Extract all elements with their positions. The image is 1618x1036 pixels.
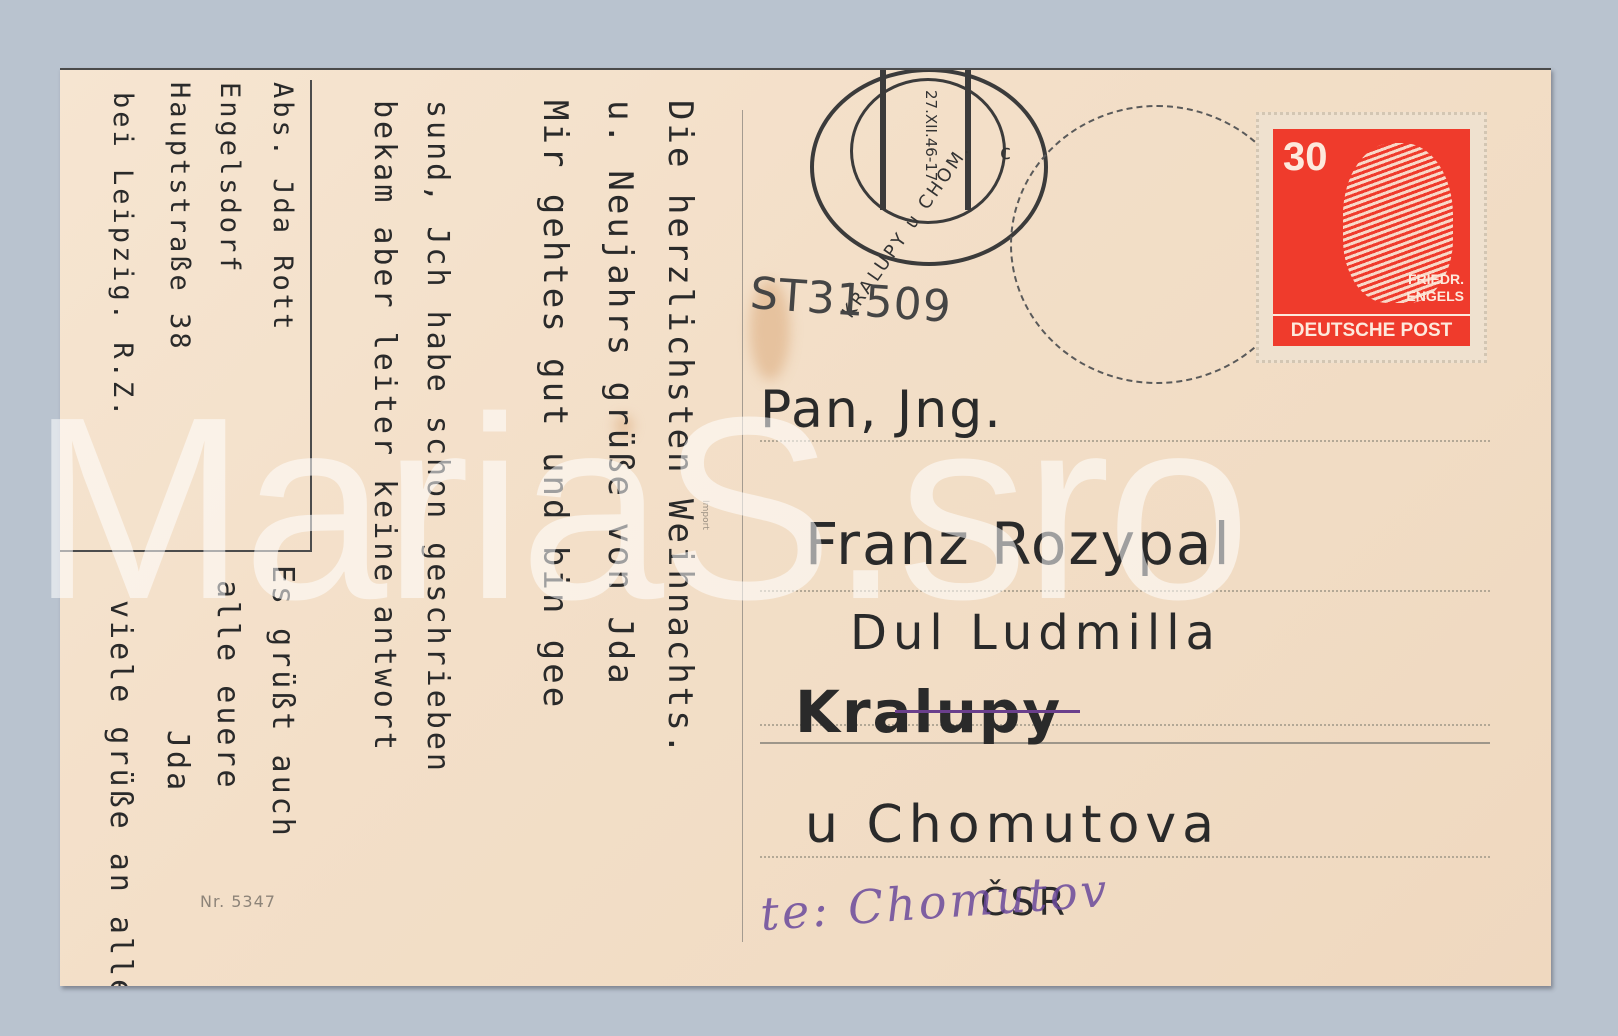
message-line: alle euere	[210, 580, 245, 791]
sender-line: Abs. Jda Rott	[267, 82, 298, 332]
stamp-country: DEUTSCHE POST	[1273, 314, 1470, 346]
message-line: u. Neujahrs grüße von Jda	[600, 100, 640, 687]
sender-line: Engelsdorf	[214, 82, 245, 275]
message-line: Mir gehtes gut und bin gee	[535, 100, 575, 710]
message-line: Es grüßt auch	[265, 565, 300, 839]
recipient-street: Dul Ludmilla	[850, 605, 1221, 661]
stamp-value: 30	[1283, 135, 1328, 180]
forwarding-note: te: Chomutov	[759, 863, 1112, 941]
postcard: Abs. Jda Rott Engelsdorf Hauptstraße 38 …	[60, 68, 1551, 986]
sender-line: bei Leipzig. R.Z.	[107, 92, 138, 419]
center-divider	[742, 110, 743, 942]
sender-line: Hauptstraße 38	[164, 82, 195, 352]
recipient-title: Pan, Jng.	[760, 380, 1003, 440]
import-label: Import	[700, 500, 710, 530]
message-line: bekam aber leiter keine antwort	[367, 100, 402, 753]
postage-stamp: 30 FRIEDR. ENGELS DEUTSCHE POST	[1256, 112, 1487, 363]
recipient-name: Franz Rozypal	[805, 510, 1232, 578]
strikethrough	[895, 710, 1080, 713]
address-line	[760, 440, 1490, 442]
message-line: Die herzlichsten Weihnachts.	[660, 100, 700, 757]
postmark-series: c	[1000, 140, 1011, 164]
recipient-city-note: u Chomutova	[805, 795, 1220, 855]
message-line: viele grüße an alle	[103, 600, 138, 986]
message-signature: Jda	[160, 730, 195, 793]
address-line	[760, 590, 1490, 592]
publisher-mark: Nr. 5347	[200, 892, 276, 911]
postmark-bar	[965, 70, 971, 210]
message-line: sund, Jch habe schon geschrieben	[420, 100, 455, 774]
address-line	[760, 856, 1490, 858]
postmark-bar	[880, 70, 886, 210]
stamp-portrait-name: FRIEDR. ENGELS	[1406, 271, 1464, 305]
